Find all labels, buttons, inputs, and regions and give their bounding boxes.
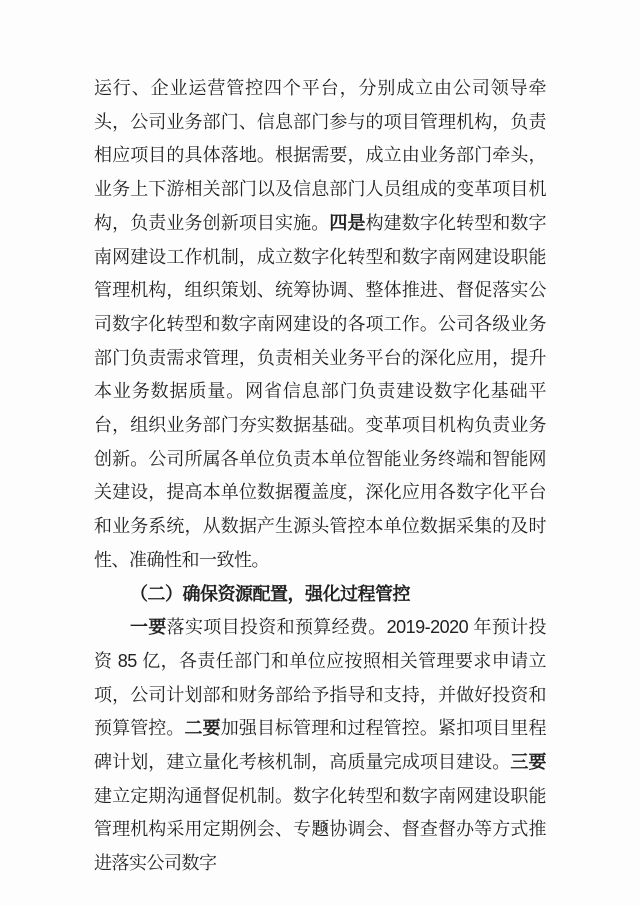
run-in-marker-two: 二要: [185, 718, 221, 738]
run-in-marker-three: 三要: [510, 752, 546, 772]
paragraph-continuation: 运行、企业运营管控四个平台，分别成立由公司领导牵头，公司业务部门、信息部门参与的…: [94, 72, 546, 578]
page-number: 13: [0, 820, 640, 836]
section-heading: （二）确保资源配置，强化过程管控: [94, 578, 546, 612]
section-heading-text: （二）确保资源配置，强化过程管控: [130, 584, 410, 604]
text-block: 运行、企业运营管控四个平台，分别成立由公司领导牵头，公司业务部门、信息部门参与的…: [94, 72, 546, 881]
paragraph-text: 构建数字化转型和数字南网建设工作机制，成立数字化转型和数字南网建设职能管理机构，…: [94, 213, 546, 570]
paragraph-text: 运行、企业运营管控四个平台，分别成立由公司领导牵头，公司业务部门、信息部门参与的…: [94, 78, 546, 233]
document-page: 运行、企业运营管控四个平台，分别成立由公司领导牵头，公司业务部门、信息部门参与的…: [0, 0, 640, 906]
run-in-marker-one: 一要: [130, 617, 167, 637]
paragraph-resources: 一要落实项目投资和预算经费。2019-2020 年预计投资 85 亿，各责任部门…: [94, 611, 546, 881]
run-in-marker-four: 四是: [329, 213, 365, 233]
